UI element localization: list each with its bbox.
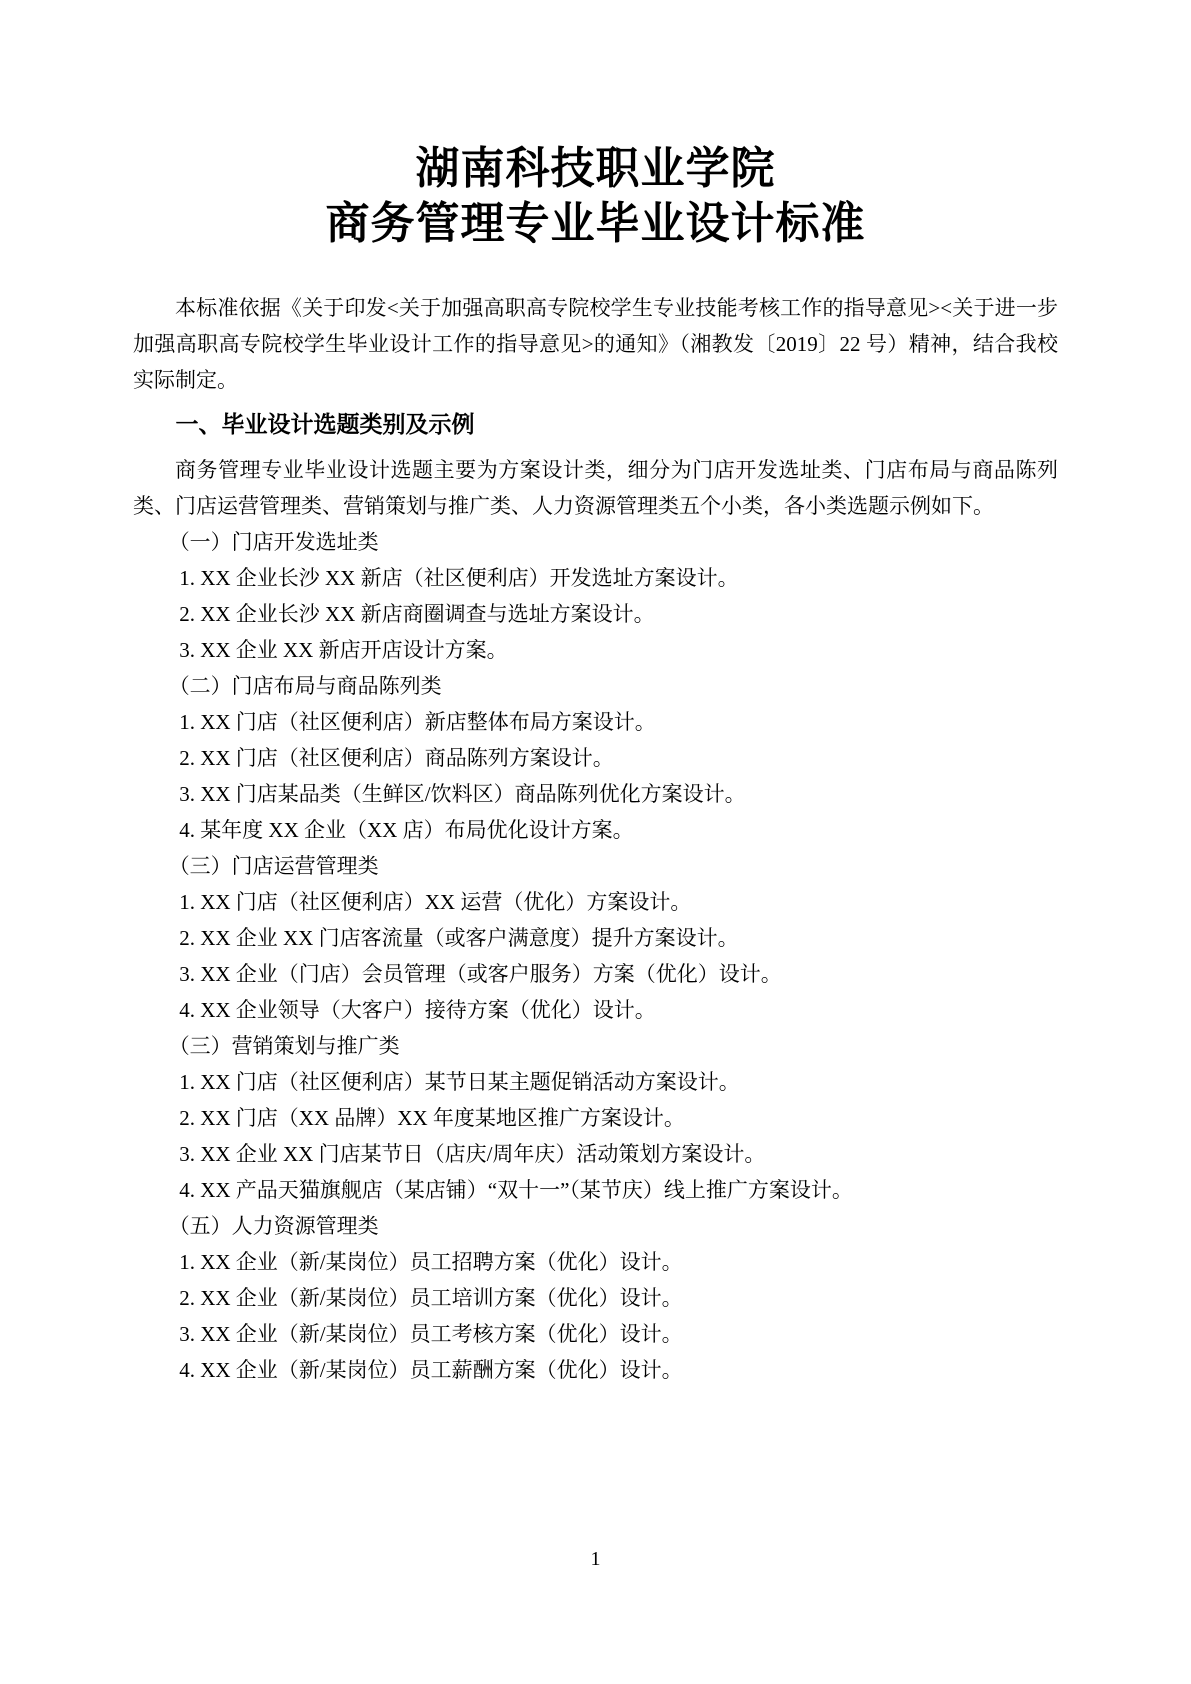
topic-item: 3. XX 企业（门店）会员管理（或客户服务）方案（优化）设计。 [133, 956, 1058, 992]
topic-item: 3. XX 企业 XX 门店某节日（店庆/周年庆）活动策划方案设计。 [133, 1136, 1058, 1172]
topic-item: 4. XX 产品天猫旗舰店（某店铺）“双十一”（某节庆）线上推广方案设计。 [133, 1172, 1058, 1208]
topic-item: 1. XX 企业长沙 XX 新店（社区便利店）开发选址方案设计。 [133, 560, 1058, 596]
topic-item: 2. XX 门店（XX 品牌）XX 年度某地区推广方案设计。 [133, 1100, 1058, 1136]
topic-item: 3. XX 企业（新/某岗位）员工考核方案（优化）设计。 [133, 1316, 1058, 1352]
topic-item: 1. XX 门店（社区便利店）新店整体布局方案设计。 [133, 704, 1058, 740]
document-content: 湖南科技职业学院 商务管理专业毕业设计标准 本标准依据《关于印发<关于加强高职高… [133, 0, 1058, 1388]
section-one-intro: 商务管理专业毕业设计选题主要为方案设计类，细分为门店开发选址类、门店布局与商品陈… [133, 452, 1058, 524]
topic-item: 4. 某年度 XX 企业（XX 店）布局优化设计方案。 [133, 812, 1058, 848]
document-title: 湖南科技职业学院 商务管理专业毕业设计标准 [133, 141, 1058, 251]
topic-item: 1. XX 门店（社区便利店）XX 运营（优化）方案设计。 [133, 884, 1058, 920]
topic-item: 1. XX 门店（社区便利店）某节日某主题促销活动方案设计。 [133, 1064, 1058, 1100]
category-label: （三）门店运营管理类 [133, 848, 1058, 884]
topic-categories: （一）门店开发选址类1. XX 企业长沙 XX 新店（社区便利店）开发选址方案设… [133, 524, 1058, 1388]
topic-item: 2. XX 门店（社区便利店）商品陈列方案设计。 [133, 740, 1058, 776]
category-label: （二）门店布局与商品陈列类 [133, 668, 1058, 704]
topic-item: 2. XX 企业（新/某岗位）员工培训方案（优化）设计。 [133, 1280, 1058, 1316]
category-label: （五）人力资源管理类 [133, 1208, 1058, 1244]
topic-item: 4. XX 企业（新/某岗位）员工薪酬方案（优化）设计。 [133, 1352, 1058, 1388]
page-number: 1 [0, 1546, 1191, 1572]
topic-item: 2. XX 企业长沙 XX 新店商圈调查与选址方案设计。 [133, 596, 1058, 632]
topic-item: 4. XX 企业领导（大客户）接待方案（优化）设计。 [133, 992, 1058, 1028]
document-title-line-1: 湖南科技职业学院 [133, 141, 1058, 196]
document-page: 湖南科技职业学院 商务管理专业毕业设计标准 本标准依据《关于印发<关于加强高职高… [0, 0, 1191, 1684]
topic-item: 3. XX 企业 XX 新店开店设计方案。 [133, 632, 1058, 668]
section-one-heading: 一、毕业设计选题类别及示例 [133, 406, 1058, 442]
topic-item: 1. XX 企业（新/某岗位）员工招聘方案（优化）设计。 [133, 1244, 1058, 1280]
topic-item: 3. XX 门店某品类（生鲜区/饮料区）商品陈列优化方案设计。 [133, 776, 1058, 812]
topic-item: 2. XX 企业 XX 门店客流量（或客户满意度）提升方案设计。 [133, 920, 1058, 956]
category-label: （三）营销策划与推广类 [133, 1028, 1058, 1064]
document-title-line-2: 商务管理专业毕业设计标准 [133, 196, 1058, 251]
intro-paragraph: 本标准依据《关于印发<关于加强高职高专院校学生专业技能考核工作的指导意见><关于… [133, 290, 1058, 398]
category-label: （一）门店开发选址类 [133, 524, 1058, 560]
